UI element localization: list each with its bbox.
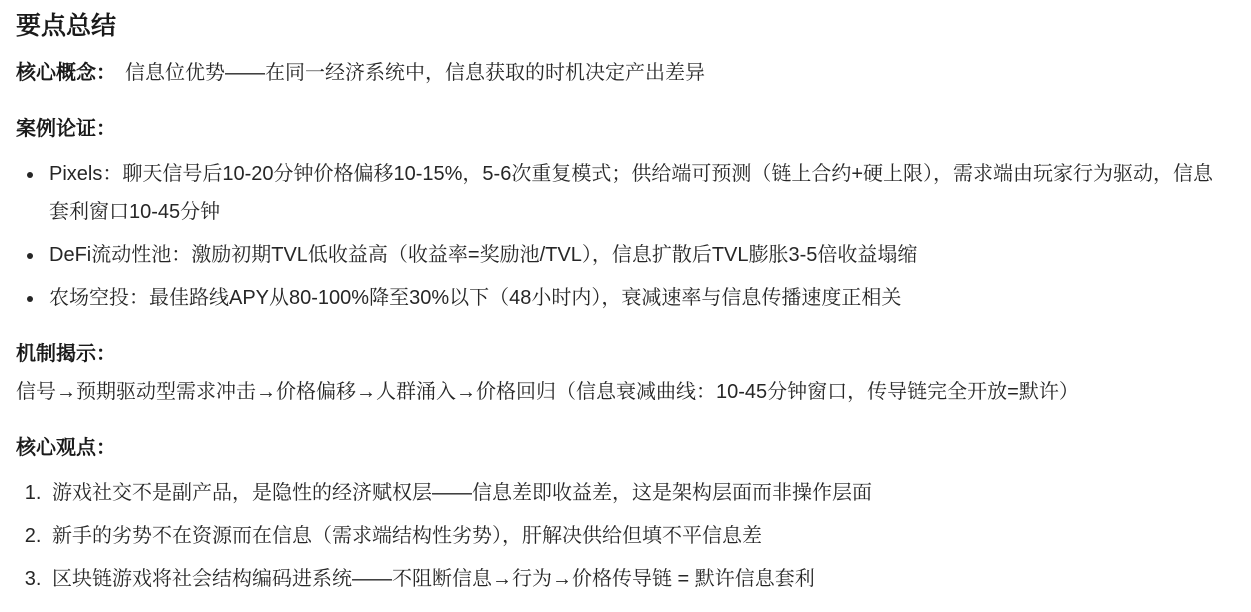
case-item-pixels: Pixels：聊天信号后10-20分钟价格偏移10-15%，5-6次重复模式；供…: [45, 155, 1231, 231]
case-study-list: Pixels：聊天信号后10-20分钟价格偏移10-15%，5-6次重复模式；供…: [16, 155, 1231, 317]
section-heading-mechanism: 机制揭示：: [16, 343, 116, 365]
mechanism-paragraph: 机制揭示： 信号→预期驱动型需求冲击→价格偏移→人群涌入→价格回归（信息衰减曲线…: [16, 335, 1231, 411]
key-point-newbie-disadvantage: 新手的劣势不在资源而在信息（需求端结构性劣势），肝解决供给但填不平信息差: [47, 517, 1231, 555]
core-concept-paragraph: 核心概念：信息位优势——在同一经济系统中，信息获取的时机决定产出差异: [16, 54, 1231, 92]
case-item-defi: DeFi流动性池：激励初期TVL低收益高（收益率=奖励池/TVL），信息扩散后T…: [45, 236, 1231, 274]
page-title: 要点总结: [16, 10, 1231, 43]
case-item-farm-airdrop: 农场空投：最佳路线APY从80-100%降至30%以下（48小时内），衰减速率与…: [45, 279, 1231, 317]
document-page: 要点总结 核心概念：信息位优势——在同一经济系统中，信息获取的时机决定产出差异 …: [0, 0, 1251, 612]
section-heading-key-points: 核心观点：: [16, 429, 1231, 467]
key-point-list: 游戏社交不是副产品，是隐性的经济赋权层——信息差即收益差，这是架构层面而非操作层…: [16, 474, 1231, 598]
section-heading-case-studies: 案例论证：: [16, 110, 1231, 148]
key-point-social-layer: 游戏社交不是副产品，是隐性的经济赋权层——信息差即收益差，这是架构层面而非操作层…: [47, 474, 1231, 512]
core-concept-label: 核心概念：: [16, 62, 116, 84]
mechanism-text: 信号→预期驱动型需求冲击→价格偏移→人群涌入→价格回归（信息衰减曲线：10-45…: [16, 381, 1079, 403]
key-point-blockchain-encoding: 区块链游戏将社会结构编码进系统——不阻断信息→行为→价格传导链 = 默许信息套利: [47, 560, 1231, 598]
core-concept-text: 信息位优势——在同一经济系统中，信息获取的时机决定产出差异: [125, 62, 705, 84]
